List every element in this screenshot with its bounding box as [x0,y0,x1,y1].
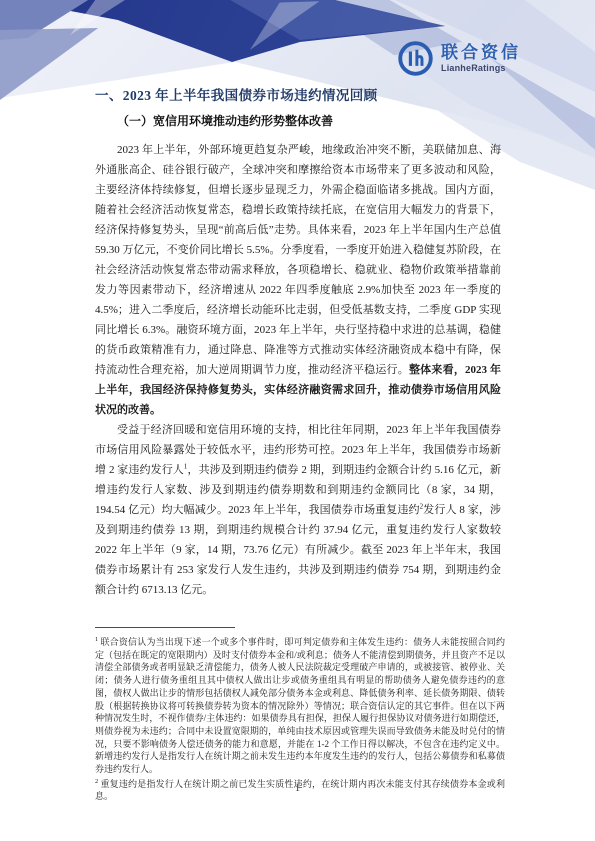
page-number: 1 [0,783,595,794]
paragraph-2: 受益于经济回暖和宽信用环境的支持，相比往年同期，2023 年上半年我国债券市场信… [95,420,501,600]
body-text: 2023 年上半年，外部环境更趋复杂严峻，地缘政治冲突不断，美联储加息、海外通胀… [95,140,501,600]
logo-name-en: LianheRatings [441,64,521,73]
lianhe-ratings-logo: 联合资信 LianheRatings [397,40,521,77]
paragraph-2-text-c: 发行人 8 家，涉及到期违约债券 13 期，到期违约规模合计约 37.94 亿元… [95,504,501,596]
footnote-1: 1联合资信认为当出现下述一个或多个事件时，即可判定债券和主体发生违约：债务人未能… [95,634,505,776]
footnote-separator [95,627,235,628]
section-title: 一、2023 年上半年我国债券市场违约情况回顾 [95,84,525,104]
logo-name-cn: 联合资信 [441,44,521,61]
paragraph-1-text: 2023 年上半年，外部环境更趋复杂严峻，地缘政治冲突不断，美联储加息、海外通胀… [95,144,501,376]
footnote-1-text: 联合资信认为当出现下述一个或多个事件时，即可判定债券和主体发生违约：债务人未能按… [95,637,505,774]
document-page: 联合资信 LianheRatings 一、2023 年上半年我国债券市场违约情况… [0,0,595,841]
footnotes: 1联合资信认为当出现下述一个或多个事件时，即可判定债券和主体发生违约：债务人未能… [95,634,505,803]
subsection-title: （一）宽信用环境推动违约形势整体改善 [117,112,517,129]
footnote-1-marker: 1 [95,636,98,643]
lianhe-logo-mark-icon [397,40,434,77]
logo-text: 联合资信 LianheRatings [441,44,521,73]
paragraph-1: 2023 年上半年，外部环境更趋复杂严峻，地缘政治冲突不断，美联储加息、海外通胀… [95,140,501,420]
